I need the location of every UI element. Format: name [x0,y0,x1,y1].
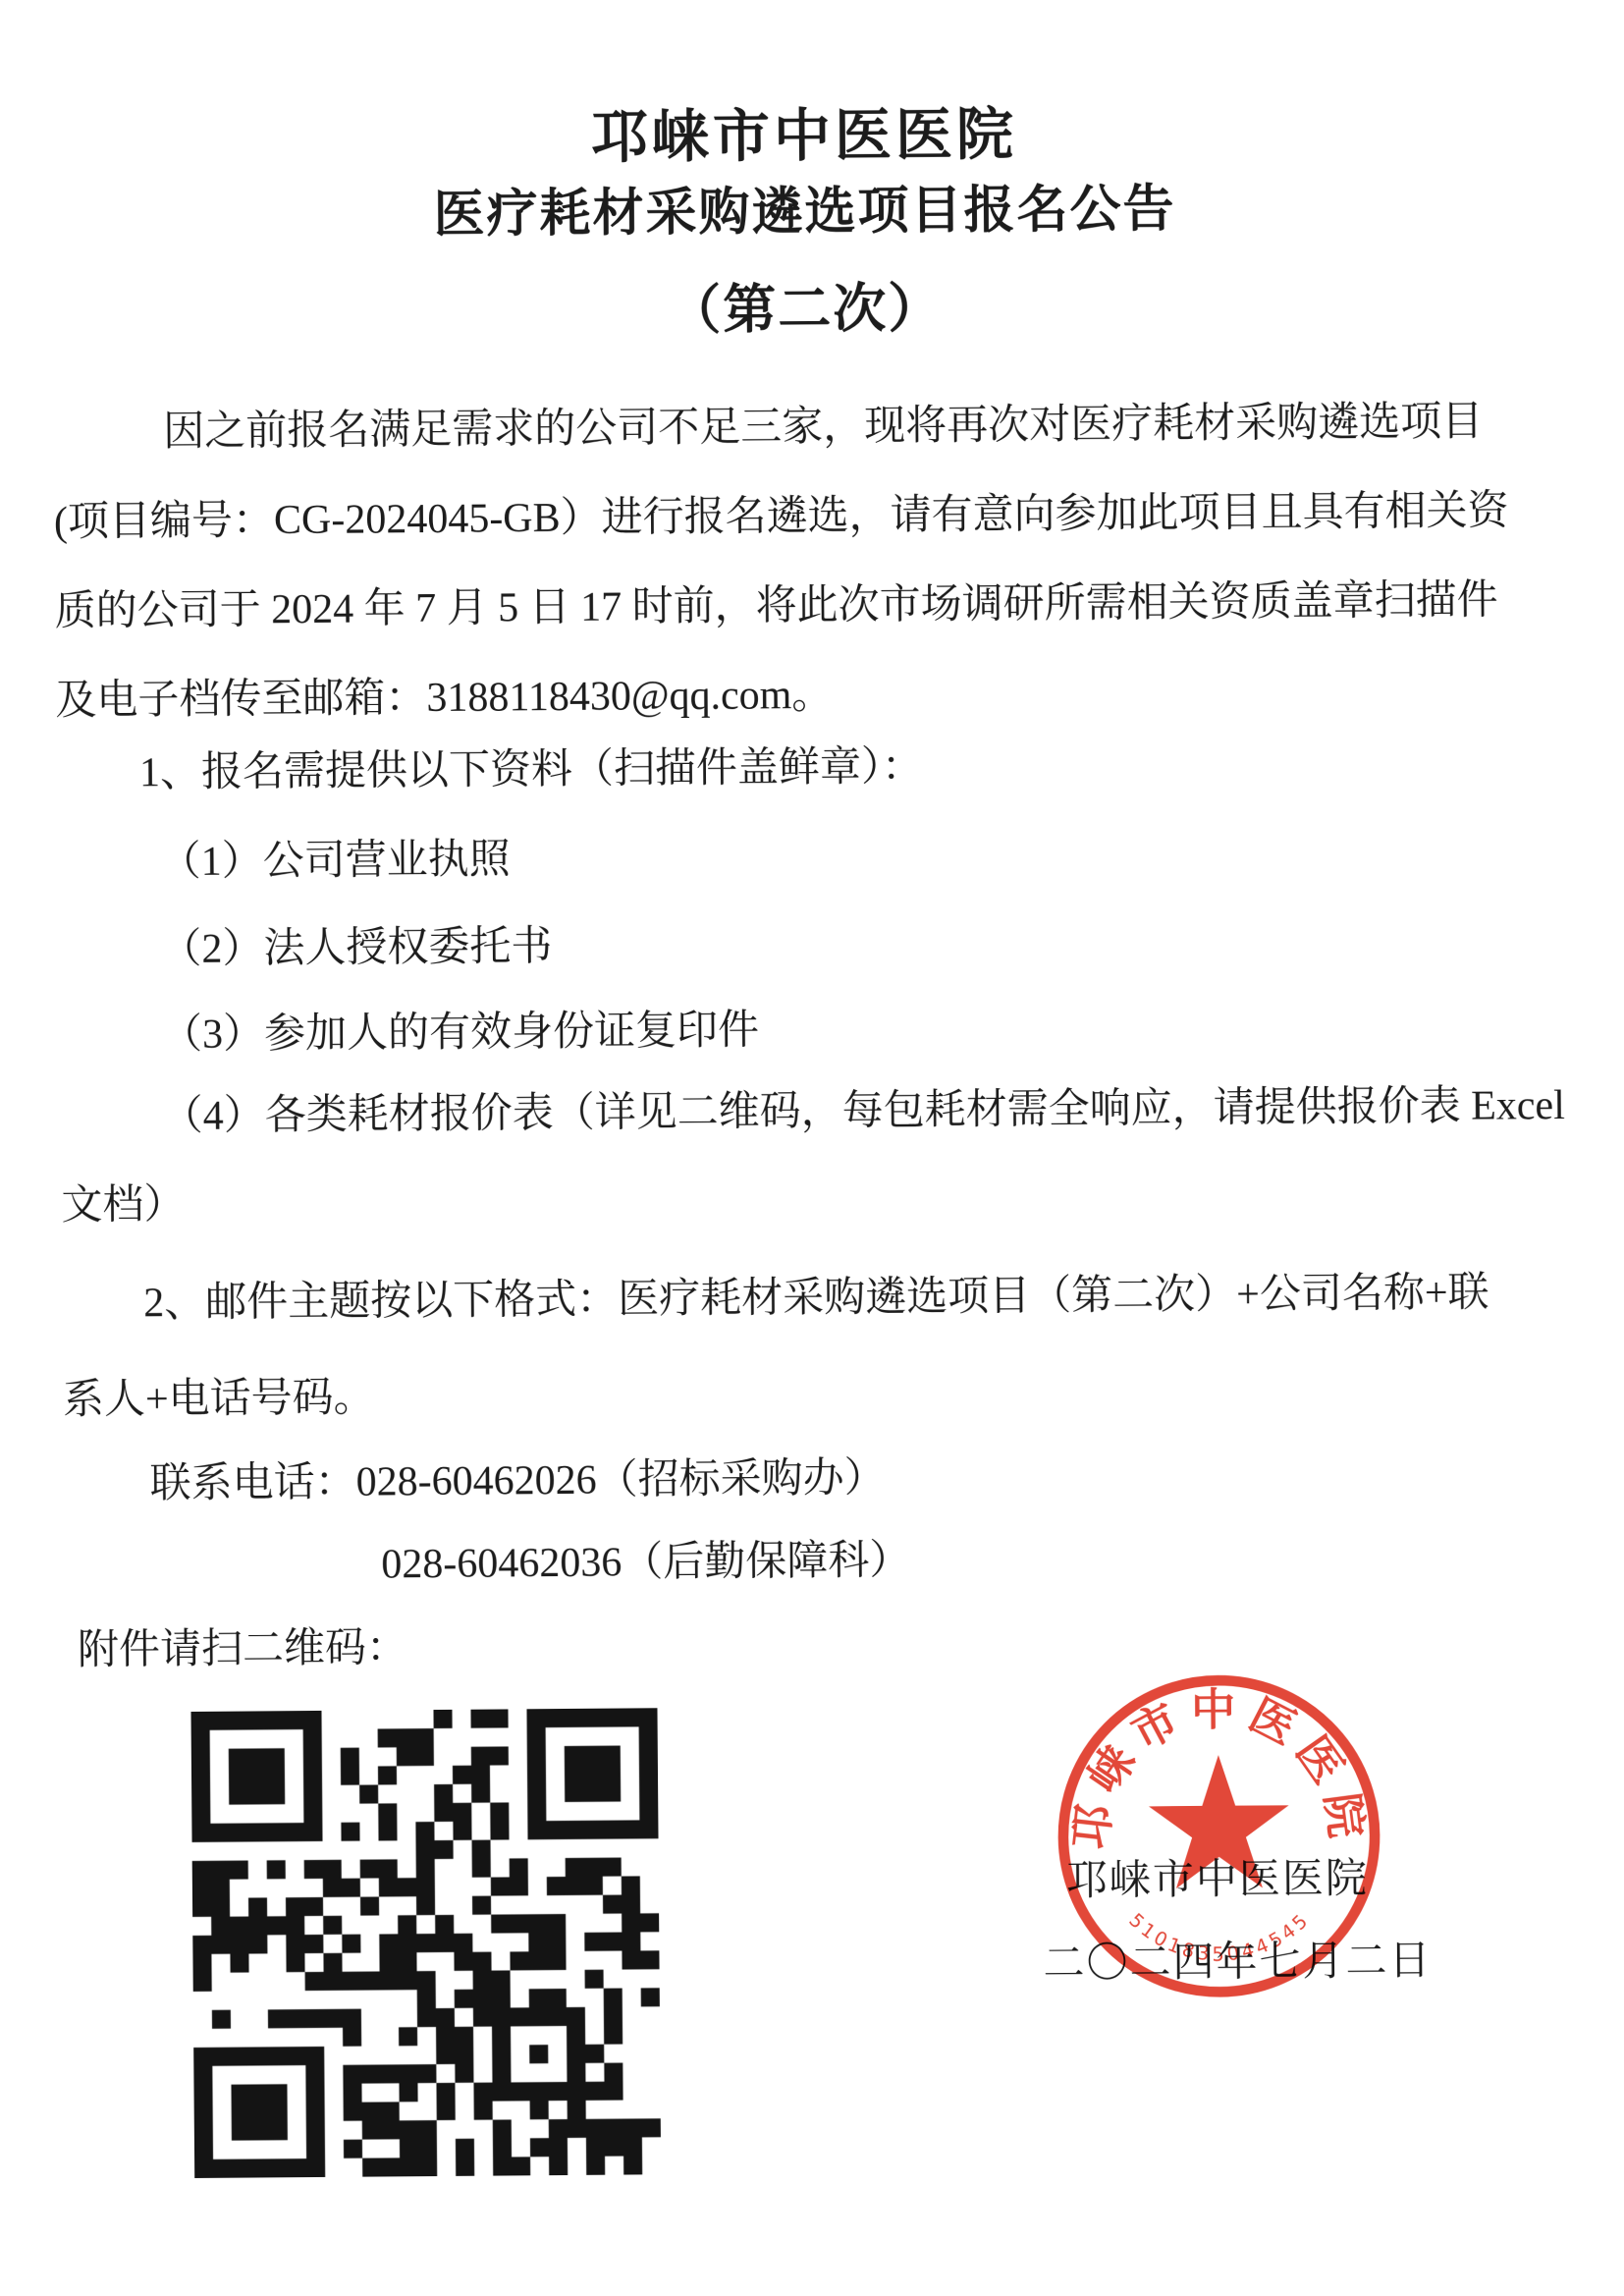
doc-title: 邛崃市中医医院 [0,96,1616,178]
list-1-header: 1、报名需提供以下资料（扫描件盖鲜章）： [139,742,923,798]
list-item-4-line1: （4）各类耗材报价表（详见二维码，每包耗材需全响应，请提供报价表 Excel [162,1081,1565,1142]
list-item-2: （2）法人授权委托书 [160,922,552,975]
document-page: 邛崃市中医医院 医疗耗材采购遴选项目报名公告 （第二次） 因之前报名满足需求的公… [0,0,1624,2296]
list-item-3: （3）参加人的有效身份证复印件 [161,1006,759,1060]
seal-star-icon [1149,1755,1290,1889]
list-item-4-line2: 文档） [61,1180,185,1230]
doc-subtitle: 医疗耗材采购遴选项目报名公告 [0,177,1617,250]
seal-serial-number: 5101835044545 [1124,1907,1315,1966]
contact-phone-line2: 028-60462036（后勤保障科） [381,1536,910,1590]
official-seal: 邛崃市中医医院 5101835044545 [1048,1665,1390,2007]
attachment-note: 附件请扫二维码： [78,1623,407,1675]
doc-edition: （第二次） [0,272,1618,349]
svg-text:5101835044545: 5101835044545 [1124,1907,1315,1966]
document-content: 邛崃市中医医院 医疗耗材采购遴选项目报名公告 （第二次） 因之前报名满足需求的公… [0,0,1624,2296]
body-line-1: 因之前报名满足需求的公司不足三家，现将再次对医疗耗材采购遴选项目 [163,398,1483,458]
qr-code-image [190,1708,661,2178]
list-item-1: （1）公司营业执照 [159,835,510,887]
body-line-3: 质的公司于 2024 年 7 月 5 日 17 时前，将此次市场调研所需相关资质… [54,575,1497,636]
body-line-2: (项目编号：CG-2024045-GB）进行报名遴选，请有意向参加此项目且具有相… [54,486,1509,547]
body-line-4: 及电子档传至邮箱：3188118430@qq.com。 [55,671,833,727]
contact-phone-line1: 联系电话：028-60462026（招标采购办） [149,1453,885,1508]
list-2-line2: 系人+电话号码。 [63,1374,375,1426]
list-2-line1: 2、邮件主题按以下格式：医疗耗材采购遴选项目（第二次）+公司名称+联 [143,1269,1489,1329]
